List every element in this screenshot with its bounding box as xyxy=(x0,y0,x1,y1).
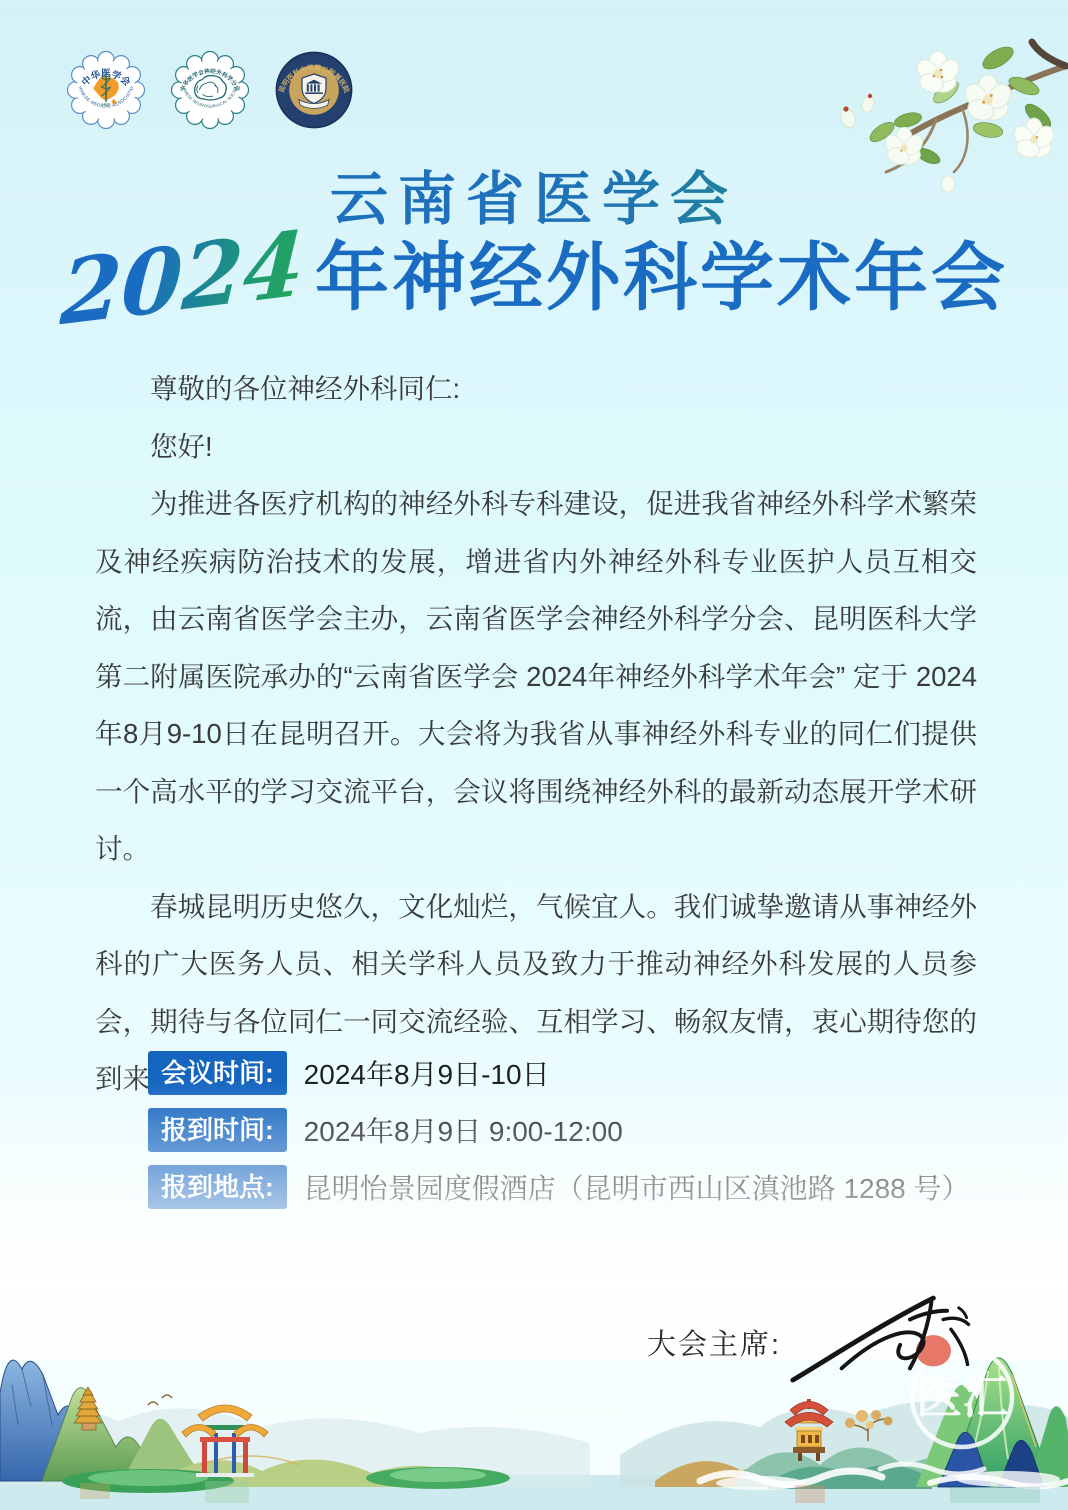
title-year-script: 2024 xyxy=(58,216,306,340)
logo1-year: 1915 xyxy=(101,102,111,107)
organizer-logos: 中华医学会 CHINESE MEDICAL ASSOCIATION 1915 xyxy=(66,50,354,130)
letter-paragraph-1: 为推进各医疗机构的神经外科专科建设，促进我省神经外科学术繁荣及神经疾病防治技术的… xyxy=(95,475,977,878)
title-conference-text: 年神经外科学术年会 xyxy=(315,236,1008,319)
title-conference: 2024年神经外科学术年会 xyxy=(0,232,1068,324)
chinese-medical-association-logo: 中华医学会 CHINESE MEDICAL ASSOCIATION 1915 xyxy=(66,50,146,130)
letter-greeting: 您好! xyxy=(95,418,977,476)
blossom-branch-decoration xyxy=(786,0,1068,196)
chairman-signature-block: 大会主席: xyxy=(647,1288,990,1396)
invitation-letter: 尊敬的各位神经外科同仁: 您好! 为推进各医疗机构的神经外科专科建设，促进我省神… xyxy=(95,360,977,1108)
chairman-signature xyxy=(785,1288,990,1396)
kunming-medical-university-hospital-logo: 昆明医科大学第二附属医院 xyxy=(274,50,354,130)
chairman-label: 大会主席: xyxy=(647,1322,781,1363)
letter-salutation: 尊敬的各位神经外科同仁: xyxy=(95,360,977,418)
chinese-neurosurgical-society-logo: 中华医学会神经外科学分会 CHINESE NEUROSURGICAL SOCIE… xyxy=(170,50,250,130)
title-association: 云南省医学会 xyxy=(0,168,1068,232)
birds xyxy=(148,1395,172,1405)
conference-invitation-poster: 中华医学会 CHINESE MEDICAL ASSOCIATION 1915 xyxy=(0,0,1068,1510)
poster-title: 云南省医学会 2024年神经外科学术年会 xyxy=(0,168,1068,324)
